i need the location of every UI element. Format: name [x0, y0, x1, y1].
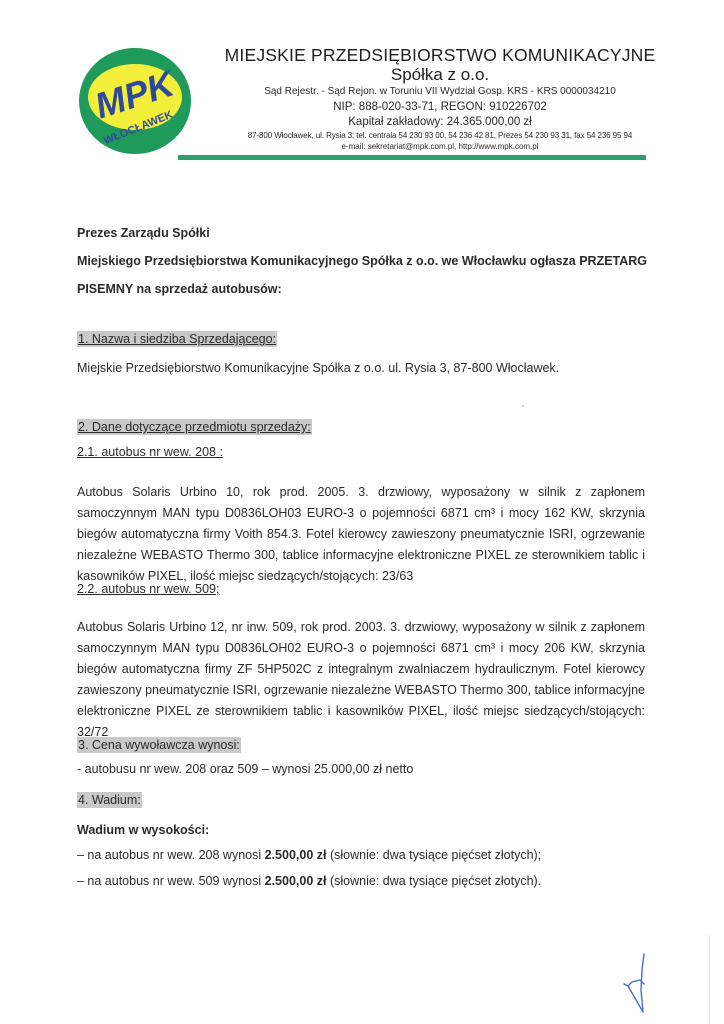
deposit-item-208: – na autobus nr wew. 208 wynosi 2.500,00… [77, 848, 541, 862]
company-address: 87-800 Włocławek, ul. Rysia 3; tel. cent… [215, 131, 665, 140]
deposit-amount: 2.500,00 zł [265, 874, 327, 888]
section-4-heading-text: 4. Wadium: [77, 792, 142, 808]
section-2-heading: 2. Dane dotyczące przedmiotu sprzedaży: [77, 420, 312, 434]
deposit-item-prefix: – na autobus nr wew. 208 wynosi [77, 848, 265, 862]
scan-edge [709, 935, 710, 1024]
deposit-subheading: Wadium w wysokości: [77, 823, 209, 837]
company-form: Spółka z o.o. [215, 65, 665, 85]
seller-address: Miejskie Przedsiębiorstwo Komunikacyjne … [77, 361, 559, 375]
section-1-heading-text: 1. Nazwa i siedziba Sprzedającego: [77, 331, 277, 347]
intro-line-2: Miejskiego Przedsiębiorstwa Komunikacyjn… [77, 254, 647, 268]
bus-509-description: Autobus Solaris Urbino 12, nr inw. 509, … [77, 617, 645, 743]
section-2-heading-text: 2. Dane dotyczące przedmiotu sprzedaży: [77, 419, 312, 435]
intro-line-3: PISEMNY na sprzedaż autobusów: [77, 282, 282, 296]
deposit-item-509: – na autobus nr wew. 509 wynosi 2.500,00… [77, 874, 541, 888]
mpk-logo-icon: MPK WŁOCŁAWEK [78, 47, 192, 155]
nip-regon: NIP: 888-020-33-71, REGON: 910226702 [215, 101, 665, 113]
deposit-item-suffix: (słownie: dwa tysiące pięćset złotych); [326, 848, 541, 862]
deposit-amount: 2.500,00 zł [265, 848, 327, 862]
intro-line-1: Prezes Zarządu Spółki [77, 226, 210, 240]
letterhead-divider [178, 155, 646, 160]
bus-208-description: Autobus Solaris Urbino 10, rok prod. 200… [77, 482, 645, 587]
deposit-item-prefix: – na autobus nr wew. 509 wynosi [77, 874, 265, 888]
section-1-heading: 1. Nazwa i siedziba Sprzedającego: [77, 332, 277, 346]
bus-509-heading: 2.2. autobus nr wew. 509; [77, 582, 219, 596]
scan-artifact [522, 405, 524, 407]
deposit-item-suffix: (słownie: dwa tysiące pięćset złotych). [326, 874, 541, 888]
signature-icon [620, 950, 670, 1020]
section-3-heading-text: 3. Cena wywoławcza wynosi: [77, 737, 241, 753]
bus-208-heading: 2.1. autobus nr wew. 208 : [77, 445, 223, 459]
section-4-heading: 4. Wadium: [77, 793, 142, 807]
registry-info: Sąd Rejestr. - Sąd Rejon. w Toruniu VII … [215, 86, 665, 97]
company-name: MIEJSKIE PRZEDSIĘBIORSTWO KOMUNIKACYJNE [215, 45, 665, 66]
share-capital: Kapitał zakładowy: 24.365.000,00 zł [215, 116, 665, 128]
company-contact: e-mail: sekretariat@mpk.com.pl, http://w… [215, 142, 665, 151]
section-3-heading: 3. Cena wywoławcza wynosi: [77, 738, 241, 752]
starting-price: - autobusu nr wew. 208 oraz 509 – wynosi… [77, 762, 413, 776]
